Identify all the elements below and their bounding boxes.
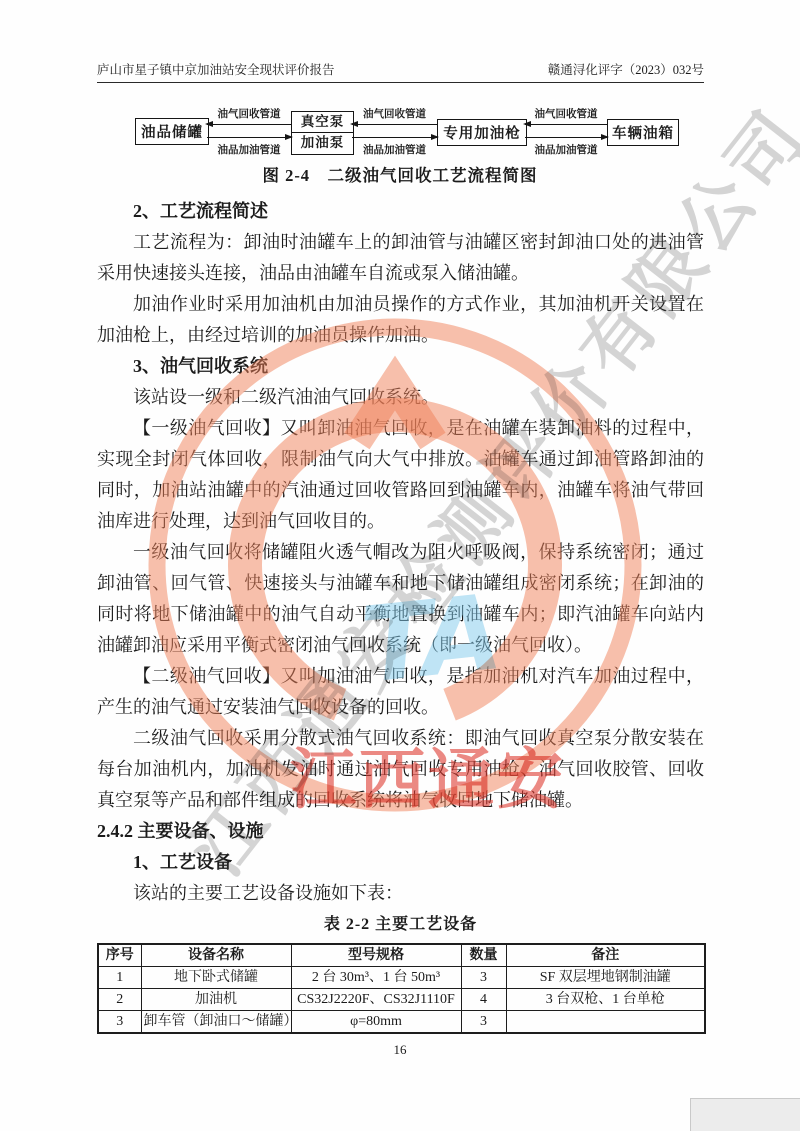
arrow-left-icon [352, 124, 437, 125]
paragraph: 工艺流程为：卸油时油罐车上的卸油管与油罐区密封卸油口处的进油管采用快速接头连接，… [97, 227, 704, 289]
flow-node-vacuum-pump: 真空泵 [292, 112, 353, 133]
cell-name: 地下卧式储罐 [141, 967, 291, 989]
arrow-right-icon [207, 137, 291, 138]
label-vapor-recovery-pipe: 油气回收管道 [352, 106, 437, 121]
col-header-qty: 数量 [461, 944, 506, 967]
col-header-name: 设备名称 [141, 944, 291, 967]
table-caption: 表 2-2 主要工艺设备 [97, 909, 704, 940]
cell-qty: 3 [461, 967, 506, 989]
flow-node-nozzle: 专用加油枪 [437, 119, 527, 146]
flow-node-pumps: 真空泵 加油泵 [291, 111, 354, 155]
arrow-right-icon [352, 137, 437, 138]
cell-qty: 4 [461, 989, 506, 1011]
section-heading: 2.4.2 主要设备、设施 [97, 816, 704, 847]
section-heading: 1、工艺设备 [97, 847, 704, 878]
arrow-left-icon [525, 124, 607, 125]
cell-model: φ=80mm [291, 1011, 461, 1034]
cell-qty: 3 [461, 1011, 506, 1034]
flow-node-storage-tank: 油品储罐 [135, 118, 209, 145]
cell-remark: 3 台双枪、1 台单枪 [506, 989, 705, 1011]
paragraph: 【二级油气回收】又叫加油油气回收，是指加油机对汽车加油过程中，产生的油气通过安装… [97, 661, 704, 723]
header-doc-number: 赣通浔化评字（2023）032号 [548, 60, 704, 78]
label-fuel-pipe: 油品加油管道 [352, 142, 437, 157]
col-header-index: 序号 [98, 944, 141, 967]
cell-index: 2 [98, 989, 141, 1011]
paragraph: 【一级油气回收】又叫卸油油气回收，是在油罐车装卸油料的过程中，实现全封闭气体回收… [97, 413, 704, 537]
paragraph: 一级油气回收将储罐阻火透气帽改为阻火呼吸阀，保持系统密闭；通过卸油管、回气管、快… [97, 537, 704, 661]
process-flow-diagram: 油品储罐 真空泵 加油泵 专用加油枪 车辆油箱 油气回收管道 油品加油管道 油气… [0, 103, 800, 165]
table-row: 1 地下卧式储罐 2 台 30m³、1 台 50m³ 3 SF 双层埋地钢制油罐 [98, 967, 705, 989]
page-header: 庐山市星子镇中京加油站安全现状评价报告 赣通浔化评字（2023）032号 [97, 60, 704, 83]
cell-remark [506, 1011, 705, 1034]
table-row: 3 卸车管（卸油口～储罐） φ=80mm 3 [98, 1011, 705, 1034]
paragraph: 二级油气回收采用分散式油气回收系统：即油气回收真空泵分散安装在每台加油机内，加油… [97, 723, 704, 816]
flow-node-vehicle-tank: 车辆油箱 [607, 119, 679, 146]
scan-artifact [690, 1098, 800, 1131]
cell-index: 1 [98, 967, 141, 989]
cell-name: 加油机 [141, 989, 291, 1011]
equipment-table: 序号 设备名称 型号规格 数量 备注 1 地下卧式储罐 2 台 30m³、1 台… [97, 943, 706, 1034]
cell-model: CS32J2220F、CS32J1110F [291, 989, 461, 1011]
table-row: 2 加油机 CS32J2220F、CS32J1110F 4 3 台双枪、1 台单… [98, 989, 705, 1011]
section-heading: 3、油气回收系统 [97, 351, 704, 382]
paragraph: 加油作业时采用加油机由加油员操作的方式作业，其加油机开关设置在加油枪上，由经过培… [97, 289, 704, 351]
cell-remark: SF 双层埋地钢制油罐 [506, 967, 705, 989]
paragraph: 该站的主要工艺设备设施如下表： [97, 878, 704, 909]
cell-model: 2 台 30m³、1 台 50m³ [291, 967, 461, 989]
header-report-title: 庐山市星子镇中京加油站安全现状评价报告 [97, 60, 335, 78]
section-heading: 2、工艺流程简述 [97, 196, 704, 227]
page-number: 16 [0, 1042, 800, 1058]
cell-index: 3 [98, 1011, 141, 1034]
paragraph: 该站设一级和二级汽油油气回收系统。 [97, 382, 704, 413]
table-header-row: 序号 设备名称 型号规格 数量 备注 [98, 944, 705, 967]
cell-name: 卸车管（卸油口～储罐） [141, 1011, 291, 1034]
figure-caption: 图 2-4 二级油气回收工艺流程简图 [0, 162, 800, 186]
label-fuel-pipe: 油品加油管道 [207, 142, 291, 157]
label-vapor-recovery-pipe: 油气回收管道 [207, 106, 291, 121]
arrow-left-icon [207, 124, 291, 125]
label-fuel-pipe: 油品加油管道 [525, 142, 607, 157]
label-vapor-recovery-pipe: 油气回收管道 [525, 106, 607, 121]
document-page: 庐山市星子镇中京加油站安全现状评价报告 赣通浔化评字（2023）032号 油品储… [0, 0, 800, 1131]
arrow-right-icon [525, 137, 607, 138]
col-header-model: 型号规格 [291, 944, 461, 967]
flow-node-fuel-pump: 加油泵 [292, 133, 353, 153]
col-header-remark: 备注 [506, 944, 705, 967]
body-text: 2、工艺流程简述 工艺流程为：卸油时油罐车上的卸油管与油罐区密封卸油口处的进油管… [97, 196, 704, 1034]
